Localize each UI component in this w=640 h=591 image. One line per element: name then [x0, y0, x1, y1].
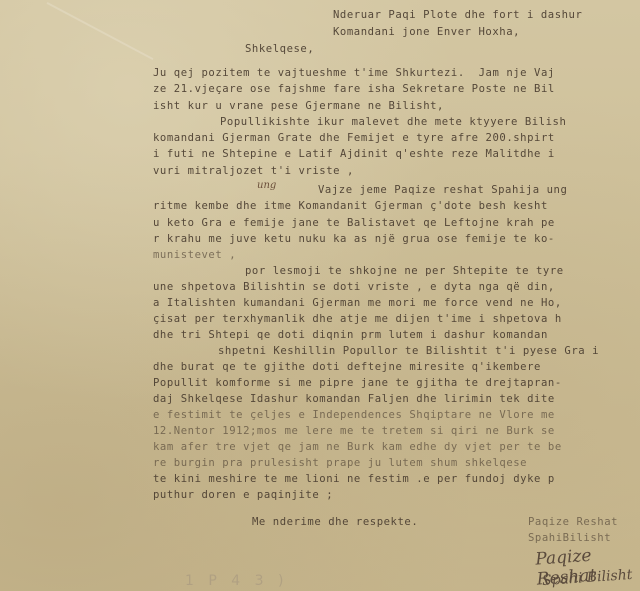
closing: Me nderime dhe respekte. [252, 517, 418, 528]
body-line: re burgin pra prulesisht prape ju lutem … [153, 458, 527, 469]
body-line: shpetni Keshillin Popullor te Bilishtit … [218, 346, 599, 357]
body-line: 12.Nentor 1912;mos me lere me te tretem … [153, 426, 555, 437]
body-line: Ju qej pozitem te vajtueshme t'ime Shkur… [153, 68, 555, 79]
body-line: Popullikishte ikur malevet dhe mete ktyy… [220, 117, 566, 128]
body-line: e festimit te çeljes e Independences Shq… [153, 410, 555, 421]
body-line: kam afer tre vjet qe jam ne Burk kam edh… [153, 442, 562, 453]
body-line: r krahu me juve ketu nuku ka as një grua… [153, 234, 555, 245]
body-line: Popullit komforme si me pipre jane te gj… [153, 378, 562, 389]
typed-signature-name: Paqize Reshat [528, 517, 618, 528]
handwritten-insertion: ung [257, 180, 276, 191]
body-line: dhe burat qe te gjithe doti deftejne mir… [153, 362, 541, 373]
body-line: ze 21.vjeçare ose fajshme fare isha Sekr… [153, 84, 555, 95]
body-line: munistevet , [153, 250, 236, 261]
body-line: por lesmoji te shkojne ne per Shtepite t… [245, 266, 564, 277]
typed-signature-place: SpahiBilisht [528, 533, 611, 544]
body-line: ritme kembe dhe itme Komandanit Gjerman … [153, 201, 548, 212]
body-line: Vajze jeme Paqize reshat Spahija ung [318, 185, 567, 196]
body-line: isht kur u vrane pese Gjermane ne Bilish… [153, 101, 444, 112]
body-line: komandani Gjerman Grate dhe Femijet e ty… [153, 133, 555, 144]
body-line: une shpetova Bilishtin se doti vriste , … [153, 282, 555, 293]
salutation: Shkelqese, [245, 44, 314, 55]
body-line: daj Shkelqese Idashur komandan Faljen dh… [153, 394, 555, 405]
paper-fold-mark [47, 2, 154, 60]
body-line: u keto Gra e femije jane te Balistavet q… [153, 218, 555, 229]
address-line-2: Komandani jone Enver Hoxha, [333, 27, 520, 38]
address-line-1: Nderuar Paqi Plote dhe fort i dashur [333, 10, 582, 21]
body-line: puthur doren e paqinjite ; [153, 490, 333, 501]
body-line: te kini meshire te me lioni ne festim .e… [153, 474, 555, 485]
body-line: a Italishten kumandani Gjerman me mori m… [153, 298, 562, 309]
body-line: dhe tri Shtepi qe doti diqnin prm lutem … [153, 330, 548, 341]
body-line: çisat per terxhymanlik dhe atje me dijen… [153, 314, 562, 325]
body-line: vuri mitraljozet t'i vriste , [153, 166, 354, 177]
body-line: i futi ne Shtepine e Latif Ajdinit q'esh… [153, 149, 555, 160]
letter-page: Nderuar Paqi Plote dhe fort i dashur Kom… [0, 0, 640, 591]
pencil-archive-mark: 1 P 4 3 ) [185, 573, 288, 589]
